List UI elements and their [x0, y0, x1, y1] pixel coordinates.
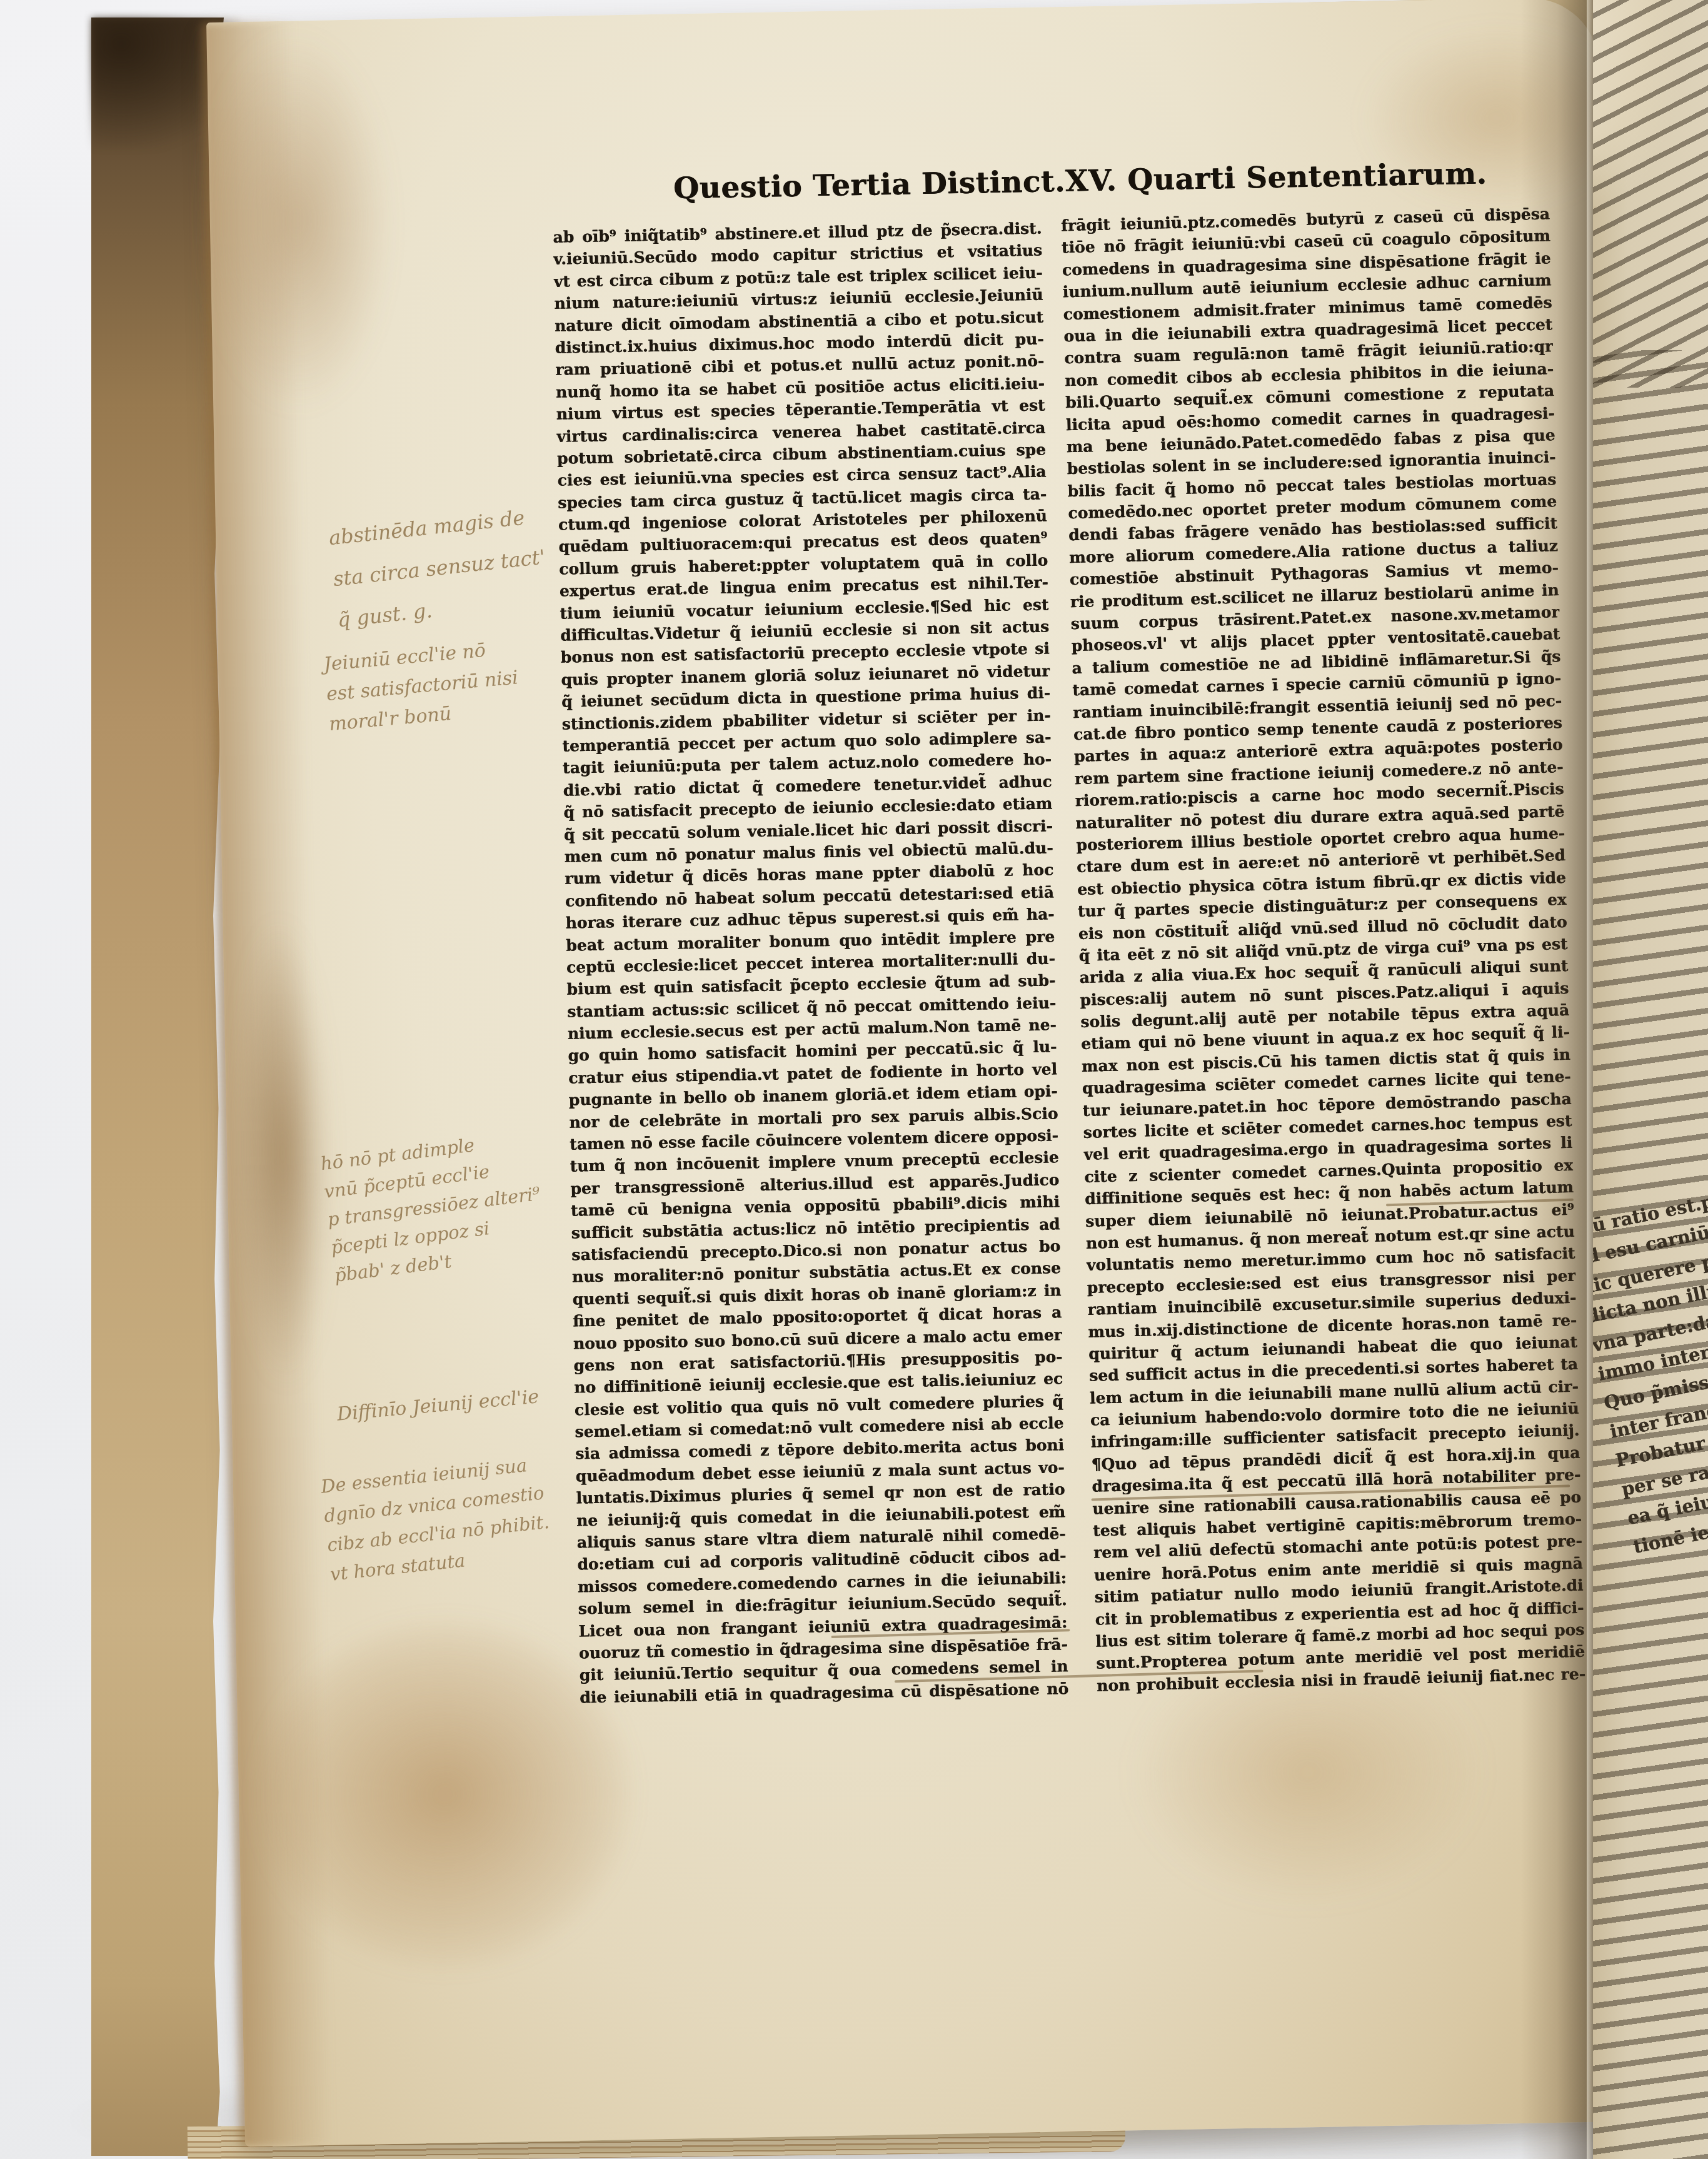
- text-column-left: ab oīb⁹ iniq̃tatib⁹ abstinere.et illud p…: [553, 218, 1068, 1709]
- facing-page-curved: titū ratio est.ppō sō dāt obiā q̃ serad …: [1593, 0, 1708, 2159]
- margin-note: De essentia ieiunij suadgnīo dz vnica co…: [319, 1449, 554, 1589]
- text-column-right: frāgit ieiuniū.ptz.comedēs butyrū z case…: [1061, 203, 1586, 1697]
- gutter-stain-band: [201, 21, 334, 2146]
- book-left-page-edges: [91, 18, 224, 2156]
- margin-note: abstinēda magis desta circa sensuz tact'…: [327, 495, 552, 641]
- stain: [199, 32, 393, 410]
- marginalia-container: abstinēda magis desta circa sensuz tact'…: [206, 0, 1598, 23]
- margin-note: Jeiuniū eccl'ie nōest satisfactoriū nisi…: [323, 633, 522, 740]
- margin-note: hō nō pt adimplevnū p̃ceptū eccl'iep tra…: [319, 1124, 548, 1290]
- left-page: Questio Tertia Distinct.XV. Quarti Sente…: [206, 0, 1637, 2146]
- margin-note: Diffinīo Jeiunij eccl'ie: [336, 1382, 540, 1429]
- facing-page-text-texture-top: [1593, 0, 1708, 388]
- running-title: Questio Tertia Distinct.XV. Quarti Sente…: [673, 158, 1386, 206]
- margin-note-line: Diffinīo Jeiunij eccl'ie: [336, 1382, 540, 1429]
- stain: [231, 915, 334, 1392]
- photo-backdrop: Questio Tertia Distinct.XV. Quarti Sente…: [0, 0, 1708, 2159]
